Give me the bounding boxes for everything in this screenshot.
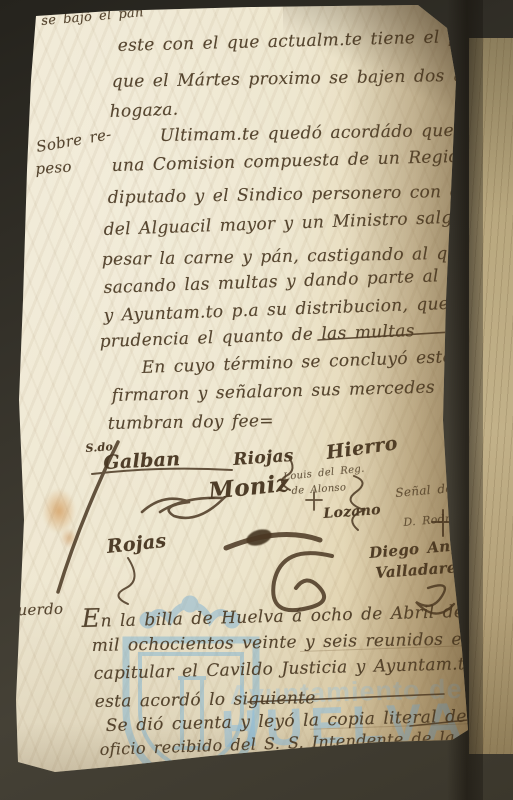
bottom-edge-shadow [0,722,513,782]
rubric-rojas-descender [118,558,134,604]
rubric-cross-lozano [306,492,322,510]
top-right-fold-shadow [283,0,473,110]
rubric-riojas-flourish [282,456,293,490]
manuscript-paper: Ayuntamiento de HUELVA se bajó el pán So… [0,0,513,800]
rubric-thick-stroke [226,535,320,548]
rubric-diagonal-slash [58,442,118,592]
rubric-big-swirl [273,553,332,610]
rubric-galban-scribble [142,498,224,518]
rule-bottom-flourish [196,761,398,778]
rubric-galban-line [92,469,232,474]
archive-photo-scene: Ayuntamiento de HUELVA se bajó el pán So… [0,0,513,800]
